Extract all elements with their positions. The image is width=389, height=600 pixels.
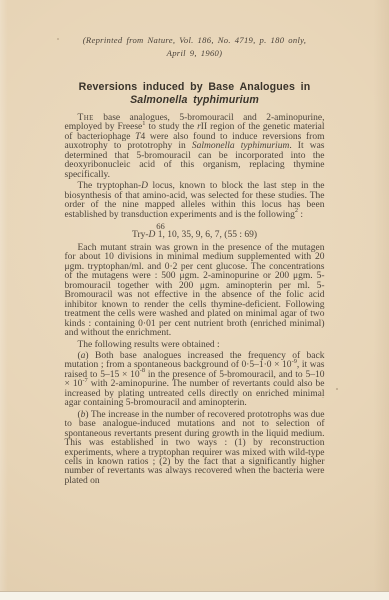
paragraph-2: The tryptophan-D locus, known to block t… <box>65 182 325 220</box>
paragraph-4: Each mutant strain was grown in the pres… <box>65 244 325 339</box>
article-title-line1: Reversions induced by Base Analogues in <box>79 81 311 93</box>
paragraph-5: The following results were obtained : <box>65 341 325 350</box>
paragraph-1: The base analogues, 5-bromouracil and 2-… <box>65 114 325 180</box>
paragraph-6: (a) Both base analogues increased the fr… <box>65 352 325 409</box>
genetic-map-allele-above: 66 <box>31 222 291 230</box>
genetic-map-formula: 66Try-D 1, 10, 35, 9, 6, 7, (55 : 69) <box>65 222 325 240</box>
reprint-notice-line1: (Reprinted from Nature, Vol. 186, No. 47… <box>0 34 389 47</box>
paper-speck <box>336 388 338 390</box>
reprint-notice-line2: April 9, 1960) <box>0 47 389 60</box>
reprint-page: (Reprinted from Nature, Vol. 186, No. 47… <box>0 0 389 591</box>
article-title-line2: Salmonella typhimurium <box>130 94 259 106</box>
article-title: Reversions induced by Base Analogues in … <box>0 81 389 107</box>
article-body: The base analogues, 5-bromouracil and 2-… <box>65 114 325 486</box>
paragraph-7: (b) The increase in the number of recove… <box>65 411 325 487</box>
paper-speck <box>57 38 59 40</box>
paper-speck <box>322 397 324 398</box>
reprint-notice: (Reprinted from Nature, Vol. 186, No. 47… <box>0 0 389 60</box>
genetic-map-allele-order: Try-D 1, 10, 35, 9, 6, 7, (55 : 69) <box>65 230 325 240</box>
